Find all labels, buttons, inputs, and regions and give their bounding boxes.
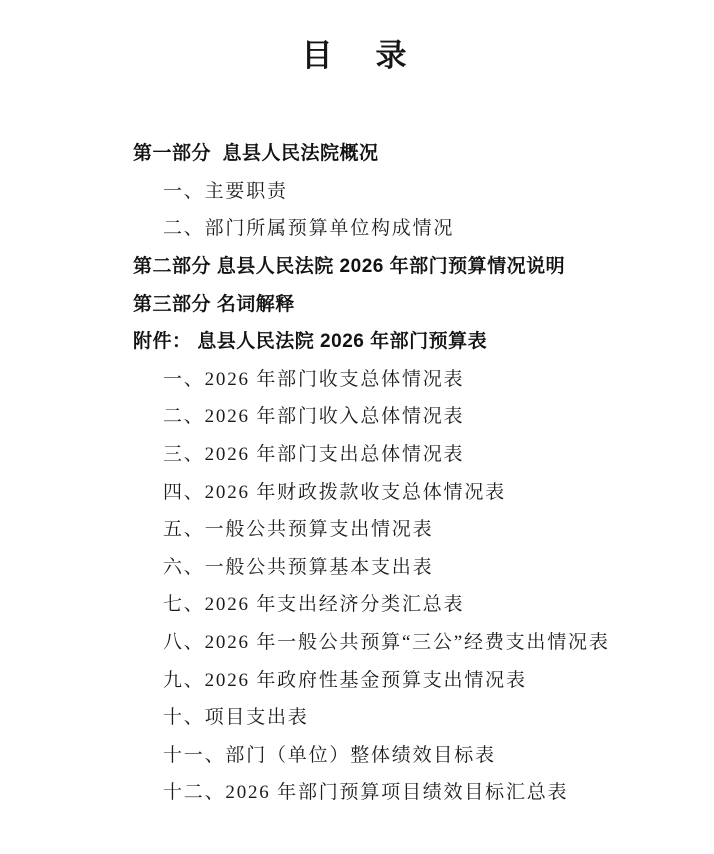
toc-entry-part2: 第二部分 息县人民法院 2026 年部门预算情况说明 [133,246,693,284]
page-title: 目 录 [0,36,714,76]
toc-entry-table5: 五、一般公共预算支出情况表 [133,509,693,547]
toc-entry-table6: 六、一般公共预算基本支出表 [133,547,693,585]
toc-entry-table8: 八、2026 年一般公共预算“三公”经费支出情况表 [133,622,693,660]
toc-entry-table11: 十一、部门（单位）整体绩效目标表 [133,735,693,773]
toc-entry-table1: 一、2026 年部门收支总体情况表 [133,359,693,397]
toc-entry-part3: 第三部分 名词解释 [133,283,693,321]
toc-entry-part1: 第一部分 息县人民法院概况 [133,133,693,171]
toc-entry-table7: 七、2026 年支出经济分类汇总表 [133,584,693,622]
toc-entry-part1-item1: 一、主要职责 [133,171,693,209]
toc-entry-table9: 九、2026 年政府性基金预算支出情况表 [133,659,693,697]
document-page: 目 录 第一部分 息县人民法院概况 一、主要职责 二、部门所属预算单位构成情况 … [0,0,714,854]
toc-entry-table4: 四、2026 年财政拨款收支总体情况表 [133,471,693,509]
toc-entry-table3: 三、2026 年部门支出总体情况表 [133,434,693,472]
toc-entry-part1-item2: 二、部门所属预算单位构成情况 [133,208,693,246]
toc-entry-table2: 二、2026 年部门收入总体情况表 [133,396,693,434]
toc-entry-attachments: 附件： 息县人民法院 2026 年部门预算表 [133,321,693,359]
toc-entry-table10: 十、项目支出表 [133,697,693,735]
toc-entry-table12: 十二、2026 年部门预算项目绩效目标汇总表 [133,772,693,810]
table-of-contents: 第一部分 息县人民法院概况 一、主要职责 二、部门所属预算单位构成情况 第二部分… [133,133,693,810]
